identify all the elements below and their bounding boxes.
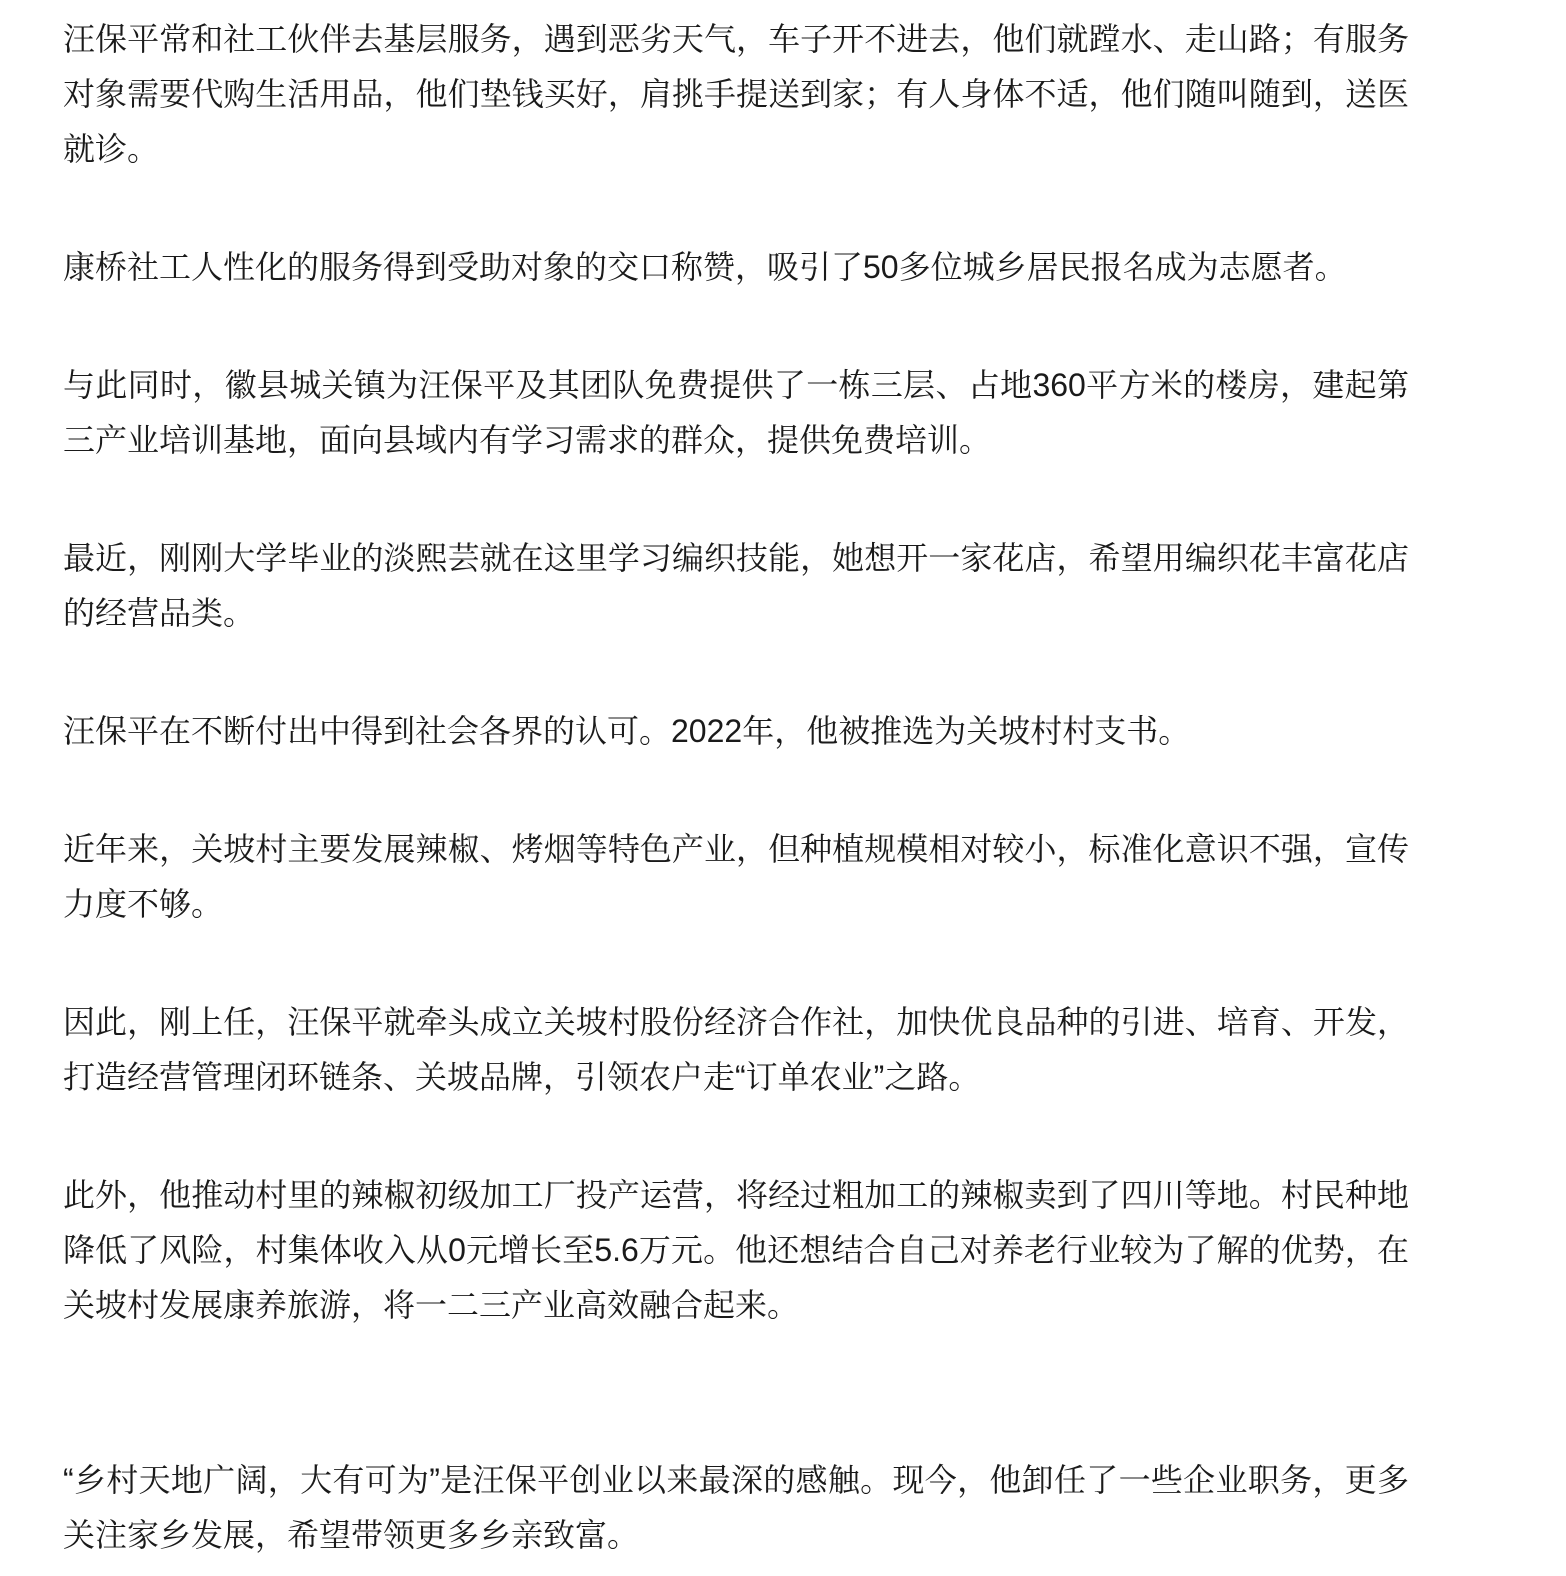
paragraph-village-secretary: 汪保平在不断付出中得到社会各界的认可。2022年，他被推选为关坡村村支书。	[63, 704, 1409, 759]
paragraph-training-base: 与此同时，徽县城关镇为汪保平及其团队免费提供了一栋三层、占地360平方米的楼房，…	[63, 358, 1409, 468]
paragraph-volunteers: 康桥社工人性化的服务得到受助对象的交口称赞，吸引了50多位城乡居民报名成为志愿者…	[63, 240, 1409, 295]
paragraph-flower-shop: 最近，刚刚大学毕业的淡熙芸就在这里学习编织技能，她想开一家花店，希望用编织花丰富…	[63, 531, 1409, 641]
paragraph-closing-quote: “乡村天地广阔，大有可为”是汪保平创业以来最深的感触。现今，他卸任了一些企业职务…	[63, 1453, 1409, 1563]
document-page: 汪保平常和社工伙伴去基层服务，遇到恶劣天气，车子开不进去，他们就蹚水、走山路；有…	[0, 0, 1566, 1576]
paragraph-service-trips: 汪保平常和社工伙伴去基层服务，遇到恶劣天气，车子开不进去，他们就蹚水、走山路；有…	[63, 12, 1409, 177]
paragraph-local-industry: 近年来，关坡村主要发展辣椒、烤烟等特色产业，但种植规模相对较小，标准化意识不强，…	[63, 822, 1409, 932]
paragraph-chili-factory: 此外，他推动村里的辣椒初级加工厂投产运营，将经过粗加工的辣椒卖到了四川等地。村民…	[63, 1168, 1409, 1333]
article-body: 汪保平常和社工伙伴去基层服务，遇到恶劣天气，车子开不进去，他们就蹚水、走山路；有…	[63, 12, 1409, 1563]
paragraph-cooperative: 因此，刚上任，汪保平就牵头成立关坡村股份经济合作社，加快优良品种的引进、培育、开…	[63, 995, 1409, 1105]
